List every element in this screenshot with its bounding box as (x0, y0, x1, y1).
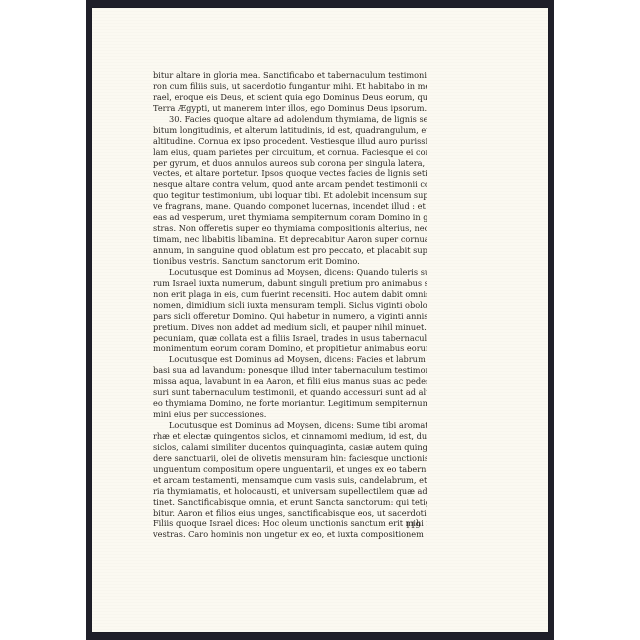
text-line: vestras. Caro hominis non ungetur ex eo,… (153, 529, 427, 540)
text-line: pecuniam, quæ collata est a filiis Israe… (153, 333, 427, 344)
text-line: pretium. Dives non addet ad medium sicli… (153, 322, 427, 333)
text-line: pars sicli offeretur Domino. Qui habetur… (153, 311, 427, 322)
text-line: suri sunt tabernaculum testimonii, et qu… (153, 387, 427, 398)
text-line: rum Israel iuxta numerum, dabunt singuli… (153, 278, 427, 289)
text-line: Filiis quoque Israel dices: Hoc oleum un… (153, 518, 427, 529)
text-line: 30. Facies quoque altare ad adolendum th… (153, 114, 427, 125)
paragraph: Locutusque est Dominus ad Moysen, dicens… (153, 267, 427, 355)
text-line: eo thymiama Domino, ne forte moriantur. … (153, 398, 427, 409)
text-line: siclos, calami similiter ducentos quinqu… (153, 442, 427, 453)
text-line: rael, eroque eis Deus, et scient quia eg… (153, 92, 427, 103)
text-line: timam, nec libabitis libamina. Et deprec… (153, 234, 427, 245)
text-line: ron cum filiis suis, ut sacerdotio funga… (153, 81, 427, 92)
paragraph: 30. Facies quoque altare ad adolendum th… (153, 114, 427, 267)
text-line: altitudine. Cornua ex ipso procedent. Ve… (153, 136, 427, 147)
text-line: per gyrum, et duos annulos aureos sub co… (153, 158, 427, 169)
text-line: et arcam testamenti, mensamque cum vasis… (153, 475, 427, 486)
text-line: Locutusque est Dominus ad Moysen, dicens… (153, 420, 427, 431)
page-number: 119 (398, 521, 428, 530)
text-line: quo tegitur testimonium, ubi loquar tibi… (153, 190, 427, 201)
text-line: nesque altare contra velum, quod ante ar… (153, 179, 427, 190)
text-line: basi sua ad lavandum: ponesque illud int… (153, 365, 427, 376)
paragraph: Locutusque est Dominus ad Moysen, dicens… (153, 420, 427, 540)
text-line: ria thymiamatis, et holocausti, et unive… (153, 486, 427, 497)
text-line: non erit plaga in eis, cum fuerint recen… (153, 289, 427, 300)
latin-text-body: bitur altare in gloria mea. Sanctificabo… (153, 70, 427, 540)
text-line: eas ad vesperum, uret thymiama sempitern… (153, 212, 427, 223)
text-line: ve fragrans, mane. Quando componet lucer… (153, 201, 427, 212)
text-line: Locutusque est Dominus ad Moysen, dicens… (153, 267, 427, 278)
text-line: tionibus vestris. Sanctum sanctorum erit… (153, 256, 427, 267)
text-line: tinet. Sanctificabisque omnia, et erunt … (153, 497, 427, 508)
text-line: vectes, et altare portetur. Ipsos quoque… (153, 168, 427, 179)
text-line: mini eius per successiones. (153, 409, 427, 420)
text-line: unguentum compositum opere unguentarii, … (153, 464, 427, 475)
text-line: monimentum eorum coram Domino, et propit… (153, 343, 427, 354)
text-line: stras. Non offeretis super eo thymiama c… (153, 223, 427, 234)
text-line: missa aqua, lavabunt in ea Aaron, et fil… (153, 376, 427, 387)
text-line: bitur. Aaron et filios eius unges, sanct… (153, 508, 427, 519)
text-line: bitum longitudinis, et alterum latitudin… (153, 125, 427, 136)
text-line: Terra Ægypti, ut manerem inter illos, eg… (153, 103, 427, 114)
text-line: rhæ et electæ quingentos siclos, et cinn… (153, 431, 427, 442)
text-line: dere sanctuarii, olei de olivetis mensur… (153, 453, 427, 464)
paragraph: Locutusque est Dominus ad Moysen, dicens… (153, 354, 427, 420)
text-line: Locutusque est Dominus ad Moysen, dicens… (153, 354, 427, 365)
text-line: annum, in sanguine quod oblatum est pro … (153, 245, 427, 256)
text-line: lam eius, quam parietes per circuitum, e… (153, 147, 427, 158)
paragraph: bitur altare in gloria mea. Sanctificabo… (153, 70, 427, 114)
text-line: nomen, dimidium sicli iuxta mensuram tem… (153, 300, 427, 311)
text-line: bitur altare in gloria mea. Sanctificabo… (153, 70, 427, 81)
